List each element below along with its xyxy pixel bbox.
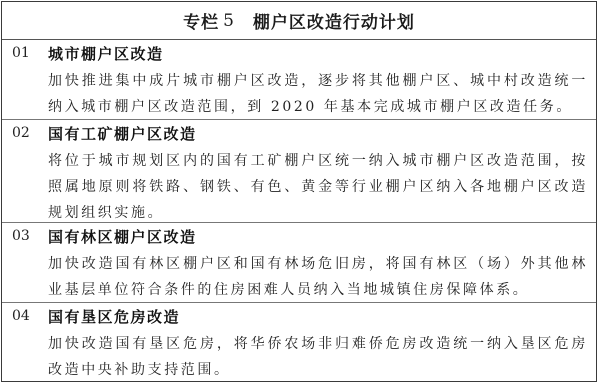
section-number: 01 <box>12 45 30 61</box>
section-heading: 国有林区棚户区改造 <box>48 226 197 247</box>
section-body: 加快改造国有垦区危房，将华侨农场非归难侨危房改造统一纳入垦区危房改造中央补助支持… <box>48 331 588 383</box>
section-number: 04 <box>12 308 30 324</box>
title-prefix: 专栏 <box>183 8 219 33</box>
section-body: 加快改造国有林区棚户区和国有林场危旧房，将国有林区（场）外其他林业基层单位符合条… <box>48 251 588 303</box>
section-04: 04 国有垦区危房改造 加快改造国有垦区危房，将华侨农场非归难侨危房改造统一纳入… <box>2 303 596 382</box>
section-number: 03 <box>12 228 30 244</box>
section-body: 加快推进集中成片城市棚户区改造，逐步将其他棚户区、城中村改造统一纳入城市棚户区改… <box>48 68 588 120</box>
section-01: 01 城市棚户区改造 加快推进集中成片城市棚户区改造，逐步将其他棚户区、城中村改… <box>2 40 596 120</box>
section-heading: 国有垦区危房改造 <box>48 306 180 327</box>
column-title: 专栏 5 棚户区改造行动计划 <box>2 2 596 40</box>
column-box: 专栏 5 棚户区改造行动计划 01 城市棚户区改造 加快推进集中成片城市棚户区改… <box>1 1 597 382</box>
section-heading: 城市棚户区改造 <box>48 43 164 64</box>
title-number: 5 <box>223 11 235 31</box>
section-number: 02 <box>12 125 30 141</box>
section-body: 将位于城市规划区内的国有工矿棚户区统一纳入城市棚户区改造范围，按照属地原则将铁路… <box>48 148 588 226</box>
section-03: 03 国有林区棚户区改造 加快改造国有林区棚户区和国有林场危旧房，将国有林区（场… <box>2 223 596 303</box>
section-02: 02 国有工矿棚户区改造 将位于城市规划区内的国有工矿棚户区统一纳入城市棚户区改… <box>2 120 596 223</box>
section-heading: 国有工矿棚户区改造 <box>48 123 197 144</box>
title-text: 棚户区改造行动计划 <box>253 8 415 33</box>
